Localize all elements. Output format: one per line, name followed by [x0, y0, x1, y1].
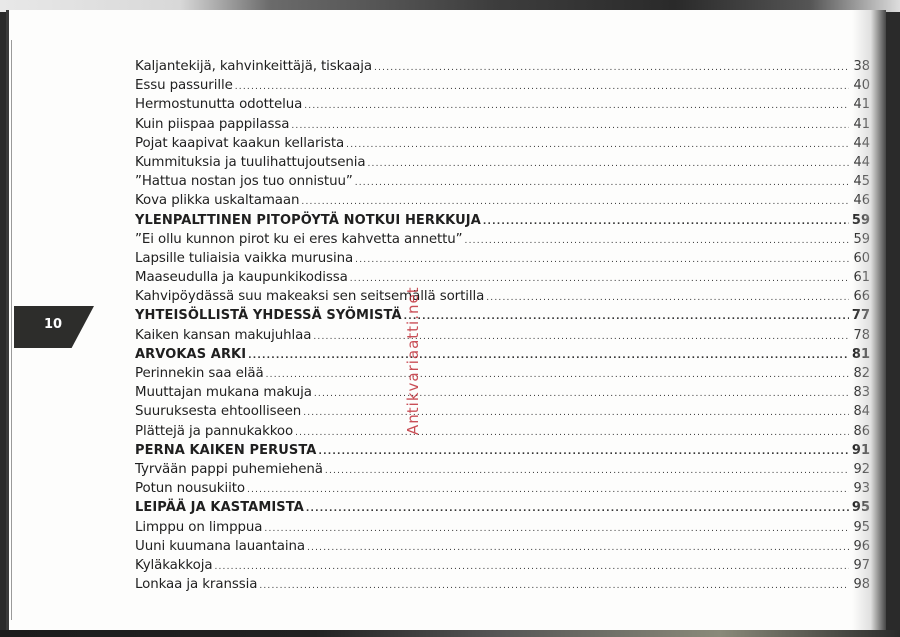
toc-entry-title: Tyrvään pappi puhemiehenä	[135, 460, 323, 479]
dot-leader	[355, 174, 849, 193]
toc-entry-title: Kyläkakkoja	[135, 556, 212, 575]
toc-entry: Kuin piispaa pappilassa41	[135, 115, 870, 134]
toc-entry: Perinnekin saa elää82	[135, 364, 870, 383]
toc-entry-title: ARVOKAS ARKI	[135, 345, 246, 364]
dot-leader	[235, 78, 849, 97]
toc-section-heading: LEIPÄÄ JA KASTAMISTA95	[135, 498, 870, 517]
toc-entry-title: PERNA KAIKEN PERUSTA	[135, 441, 316, 460]
toc-entry-title: Kahvipöydässä suu makeaksi sen seitsemäl…	[135, 287, 484, 306]
toc-entry-title: Kova plikka uskaltamaan	[135, 191, 299, 210]
toc-entry-title: YLENPALTTINEN PITOPÖYTÄ NOTKUI HERKKUJA	[135, 211, 481, 230]
toc-entry-title: Potun nousukiito	[135, 479, 245, 498]
toc-entry: Essu passurille40	[135, 76, 870, 95]
toc-entry-title: ”Ei ollu kunnon pirot ku ei eres kahvett…	[135, 230, 463, 249]
page-left-edge	[6, 10, 9, 631]
toc-entry: Uuni kuumana lauantaina96	[135, 537, 870, 556]
page-gutter-shadow	[852, 10, 886, 631]
toc-entry-title: Maaseudulla ja kaupunkikodissa	[135, 268, 348, 287]
toc-entry-title: Perinnekin saa elää	[135, 364, 264, 383]
dot-leader	[264, 520, 849, 539]
toc-section-heading: PERNA KAIKEN PERUSTA 91	[135, 441, 870, 460]
dot-leader	[486, 289, 849, 308]
dot-leader	[214, 558, 849, 577]
page-number: 10	[44, 317, 62, 332]
toc-entry-title: Kummituksia ja tuulihattujoutsenia	[135, 153, 365, 172]
dot-leader	[318, 443, 848, 462]
toc-entry-title: LEIPÄÄ JA KASTAMISTA	[135, 498, 304, 517]
table-of-contents: Kaljantekijä, kahvinkeittäjä, tiskaaja38…	[135, 57, 870, 594]
dot-leader	[248, 347, 849, 366]
dot-leader	[259, 577, 849, 596]
dot-leader	[266, 366, 849, 385]
toc-entry-title: Kaiken kansan makujuhlaa	[135, 326, 311, 345]
toc-entry: Muuttajan mukana makuja83	[135, 383, 870, 402]
dot-leader	[367, 155, 849, 174]
scan-background-bottom	[0, 630, 900, 637]
dot-leader	[307, 539, 849, 558]
toc-entry-title: Kuin piispaa pappilassa	[135, 115, 289, 134]
dot-leader	[465, 232, 849, 251]
toc-entry: Pojat kaapivat kaakun kellarista 44	[135, 134, 870, 153]
dot-leader	[374, 59, 849, 78]
toc-entry-title: Kaljantekijä, kahvinkeittäjä, tiskaaja	[135, 57, 372, 76]
dot-leader	[247, 481, 849, 500]
dot-leader	[346, 136, 849, 155]
dot-leader	[313, 328, 849, 347]
toc-entry: Lonkaa ja kranssia 98	[135, 575, 870, 594]
watermark: Antikvariaatti.net	[404, 286, 422, 435]
page-binding-line	[11, 40, 12, 620]
toc-entry: Maaseudulla ja kaupunkikodissa61	[135, 268, 870, 287]
toc-entry: Kova plikka uskaltamaan46	[135, 191, 870, 210]
toc-entry-title: Limppu on limppua	[135, 518, 262, 537]
toc-entry: Potun nousukiito93	[135, 479, 870, 498]
toc-entry-title: ”Hattua nostan jos tuo onnistuu”	[135, 172, 353, 191]
toc-entry: Hermostunutta odottelua41	[135, 95, 870, 114]
dot-leader	[314, 385, 849, 404]
toc-entry-title: Essu passurille	[135, 76, 233, 95]
toc-entry-title: Muuttajan mukana makuja	[135, 383, 312, 402]
toc-entry: Tyrvään pappi puhemiehenä92	[135, 460, 870, 479]
dot-leader	[306, 500, 849, 519]
toc-entry-title: Lapsille tuliaisia vaikka murusina	[135, 249, 353, 268]
toc-section-heading: YHTEISÖLLISTÄ YHDESSÄ SYÖMISTÄ 77	[135, 306, 870, 325]
toc-entry: Kahvipöydässä suu makeaksi sen seitsemäl…	[135, 287, 870, 306]
toc-entry: Kummituksia ja tuulihattujoutsenia44	[135, 153, 870, 172]
toc-entry: Suuruksesta ehtoolliseen 84	[135, 402, 870, 421]
toc-entry: Lapsille tuliaisia vaikka murusina60	[135, 249, 870, 268]
toc-entry-title: Hermostunutta odottelua	[135, 95, 302, 114]
toc-entry-title: Lonkaa ja kranssia	[135, 575, 257, 594]
toc-entry: Kaljantekijä, kahvinkeittäjä, tiskaaja38	[135, 57, 870, 76]
toc-entry: ”Ei ollu kunnon pirot ku ei eres kahvett…	[135, 230, 870, 249]
toc-section-heading: ARVOKAS ARKI 81	[135, 345, 870, 364]
page-number-tab: 10	[14, 306, 94, 348]
toc-entry: Limppu on limppua 95	[135, 518, 870, 537]
toc-entry-title: Uuni kuumana lauantaina	[135, 537, 305, 556]
toc-entry-title: YHTEISÖLLISTÄ YHDESSÄ SYÖMISTÄ	[135, 306, 402, 325]
dot-leader	[295, 424, 849, 443]
toc-entry-title: Suuruksesta ehtoolliseen	[135, 402, 301, 421]
dot-leader	[304, 97, 849, 116]
toc-entry: Kaiken kansan makujuhlaa 78	[135, 326, 870, 345]
toc-entry-title: Plättejä ja pannukakkoo	[135, 422, 293, 441]
dot-leader	[355, 251, 849, 270]
toc-entry: Kyläkakkoja97	[135, 556, 870, 575]
toc-entry: ”Hattua nostan jos tuo onnistuu” 45	[135, 172, 870, 191]
dot-leader	[404, 308, 849, 327]
toc-section-heading: YLENPALTTINEN PITOPÖYTÄ NOTKUI HERKKUJA5…	[135, 211, 870, 230]
dot-leader	[303, 404, 849, 423]
dot-leader	[291, 117, 849, 136]
toc-entry-title: Pojat kaapivat kaakun kellarista	[135, 134, 344, 153]
dot-leader	[325, 462, 849, 481]
dot-leader	[483, 213, 849, 232]
toc-entry: Plättejä ja pannukakkoo86	[135, 422, 870, 441]
book-page: 10 Kaljantekijä, kahvinkeittäjä, tiskaaj…	[6, 10, 886, 631]
